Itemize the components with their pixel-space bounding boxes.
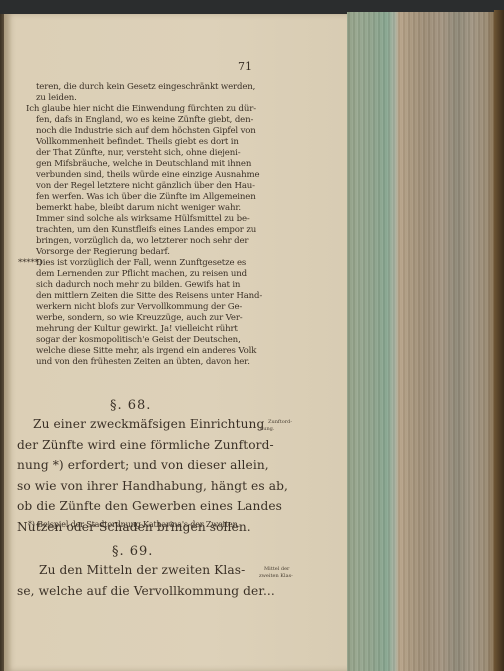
page-number: 71 [238,60,252,73]
text-line: Zu den Mitteln der zweiten Klas- [17,560,275,581]
text-line: nung *) erfordert; und von dieser allein… [17,455,288,476]
text-line: der Zünfte wird eine förmliche Zunftord- [17,435,288,456]
text-line: mehrung der Kultur gewirkt. Ja! vielleic… [36,324,262,335]
text-line: Immer sind solche als wirksame Hülfsmitt… [36,214,259,225]
book-cover-edge [494,10,504,671]
text-line: Vollkommenheit befindet. Theils giebt es… [36,137,259,148]
text-line: teren, die durch kein Gesetz eingeschrän… [36,82,259,93]
text-line: fen werfen. Was ich über die Zünfte im A… [36,192,259,203]
text-line: von der Regel letztere nicht gänzlich üb… [36,181,259,192]
text-line: bemerkt habe, bleibt darum nicht weniger… [36,203,259,214]
text-line: der That Zünfte, nur, versteht sich, ohn… [36,148,259,159]
text-line: werbe, sondern, so wie Kreuzzüge, auch z… [36,313,262,324]
text-line: Vorsorge der Regierung bedarf. [36,247,259,258]
text-line: se, welche auf die Vervollkommung der... [17,581,275,602]
text-line: welche diese Sitte mehr, als irgend ein … [36,346,262,357]
text-line: sich dadurch noch mehr zu bilden. Gewifs… [36,280,262,291]
text-line: dem Lernenden zur Pflicht machen, zu rei… [36,269,262,280]
fore-edge-page-stack [347,12,497,671]
section-68-heading: §. 68. [110,398,151,413]
text-line: trachten, um den Kunstfleifs eines Lande… [36,225,259,236]
text-line: sogar der kosmopolitisch'e Geist der Deu… [36,335,262,346]
section-69-heading: §. 69. [112,544,153,559]
text-line: gen Mifsbräuche, welche in Deutschland m… [36,159,259,170]
text-line: noch die Industrie sich auf dem höchsten… [36,126,259,137]
text-line: verbunden sind, theils würde eine einzig… [36,170,259,181]
section-68-footnote: *) Beispiel der Stadtordnung Katharina's… [28,519,240,530]
section-69-body: Zu den Mitteln der zweiten Klas- se, wel… [17,560,275,601]
text-line: und von den frühesten Zeiten an übten, d… [36,357,262,368]
text-line: ob die Zünfte den Gewerben eines Landes [17,496,288,517]
top-paragraph: teren, die durch kein Gesetz eingeschrän… [36,82,259,258]
text-line: Zu einer zweckmäfsigen Einrichtung [17,414,288,435]
footnote-block: Dies ist vorzüglich der Fall, wenn Zunft… [36,258,262,368]
text-line: zu leiden. [36,93,259,104]
text-line: bringen, vorzüglich da, wo letzterer noc… [36,236,259,247]
text-line: werkern nicht blofs zur Vervollkommung d… [36,302,262,313]
text-line: fen, dafs in England, wo es keine Zünfte… [36,115,259,126]
text-line: so wie von ihrer Handhabung, hängt es ab… [17,476,288,497]
text-line: den mittlern Zeiten die Sitte des Reisen… [36,291,262,302]
text-line: Dies ist vorzüglich der Fall, wenn Zunft… [36,258,262,269]
text-line: Ich glaube hier nicht die Einwendung für… [26,104,259,115]
